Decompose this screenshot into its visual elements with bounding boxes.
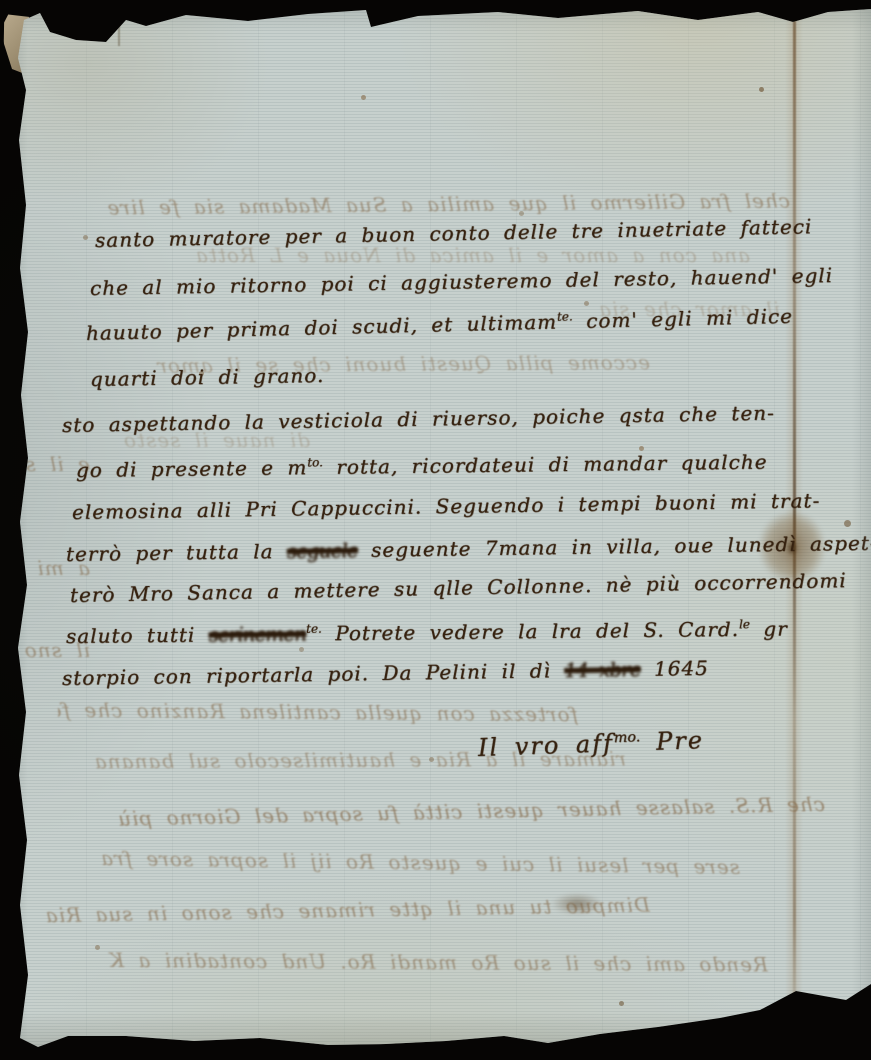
letter-line: go di presente e mto. rotta, ricordateui… [76, 450, 768, 482]
letter-line: storpio con riportarla poi. Da Pelini il… [62, 656, 709, 690]
manuscript-paper: chel fra Giliermo il que amilia a Sua Ma… [0, 0, 871, 1060]
letter-line: sto aspettando la vesticiola di riuerso,… [62, 401, 775, 437]
bleedthrough-line: Dimpuo tu una il qtte rimane che sono in… [40, 893, 650, 928]
letter-line: terò Mro Sanca a mettere su qlle Collonn… [70, 568, 847, 607]
scanned-letter-background: chel fra Giliermo il que amilia a Sua Ma… [0, 0, 871, 1060]
bleedthrough-line: Rendo ami che il suo Ro mandi Ro. Und co… [48, 947, 768, 976]
top-edge-crease [118, 12, 120, 46]
letter-line: elemosina alli Pri Cappuccini. Seguendo … [72, 488, 821, 524]
bleedthrough-line: sere per lesui il cui e questo Ro iij il… [40, 845, 740, 879]
letter-line: Il vro affmo. Pre [478, 726, 705, 762]
letter-line: saluto tutti serinemente. Potrete vedere… [66, 616, 788, 648]
bleedthrough-line: fortezza con quella cantilena Ranzino ch… [58, 698, 578, 727]
bleedthrough-line: che R.S. salasse hauer questi città fu s… [45, 792, 825, 832]
letter-line: quarti doi di grano. [90, 363, 325, 391]
foxing-specks [0, 0, 3, 3]
letter-line: che al mio ritorno poi ci aggiusteremo d… [90, 263, 833, 300]
letter-line: hauuto per prima doi scudi, et ultimamte… [86, 304, 794, 345]
bleedthrough-line: chel fra Giliermo il que amilia a Sua Ma… [100, 188, 790, 219]
